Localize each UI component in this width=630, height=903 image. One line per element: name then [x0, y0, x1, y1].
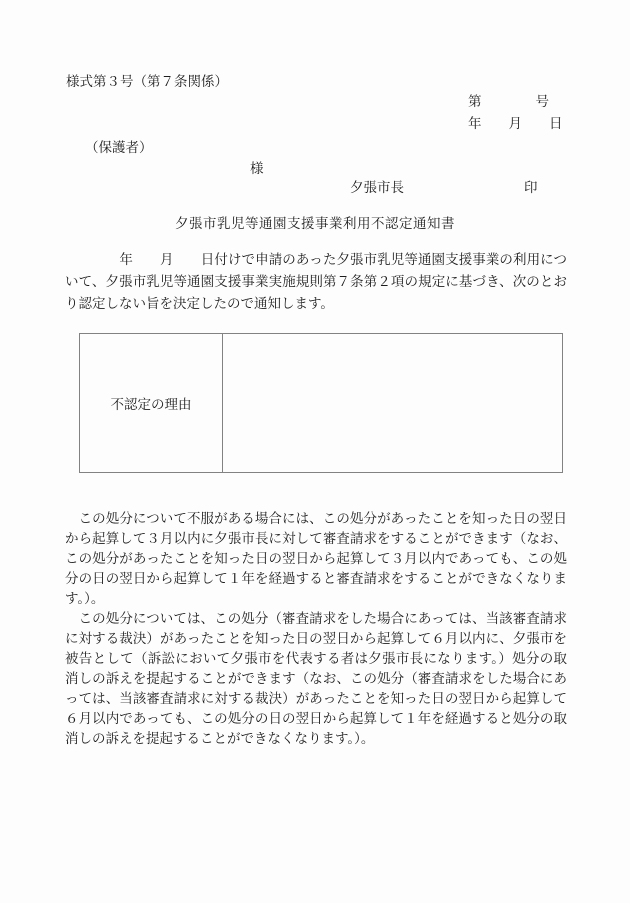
document-page: 様式第３号（第７条関係） 第 号 年 月 日 （保護者） 様 夕張市長 印 夕張…: [0, 0, 630, 903]
reason-label-cell: 不認定の理由: [80, 334, 223, 473]
reason-table: 不認定の理由: [79, 333, 563, 473]
reason-value-cell: [223, 334, 563, 473]
document-number-line: 第 号: [468, 90, 549, 110]
document-title: 夕張市乳児等通園支援事業利用不認定通知書: [0, 212, 630, 232]
appeal-rights-paragraph-1: この処分について不服がある場合には、この処分があったことを知った日の翌日から起算…: [65, 509, 567, 609]
form-number-label: 様式第３号（第７条関係）: [66, 70, 228, 90]
date-line: 年 月 日: [468, 112, 563, 132]
seal-placeholder: 印: [524, 176, 538, 196]
guardian-label: （保護者）: [85, 136, 153, 156]
table-row: 不認定の理由: [80, 334, 563, 473]
notification-paragraph: 年 月 日付けで申請のあった夕張市乳児等通園支援事業の利用について、夕張市乳児等…: [65, 249, 567, 315]
appeal-rights-paragraph-2: この処分については、この処分（審査請求をした場合にあっては、当該審査請求に対する…: [65, 609, 567, 749]
mayor-label: 夕張市長: [350, 176, 404, 196]
addressee-honorific: 様: [250, 157, 264, 177]
